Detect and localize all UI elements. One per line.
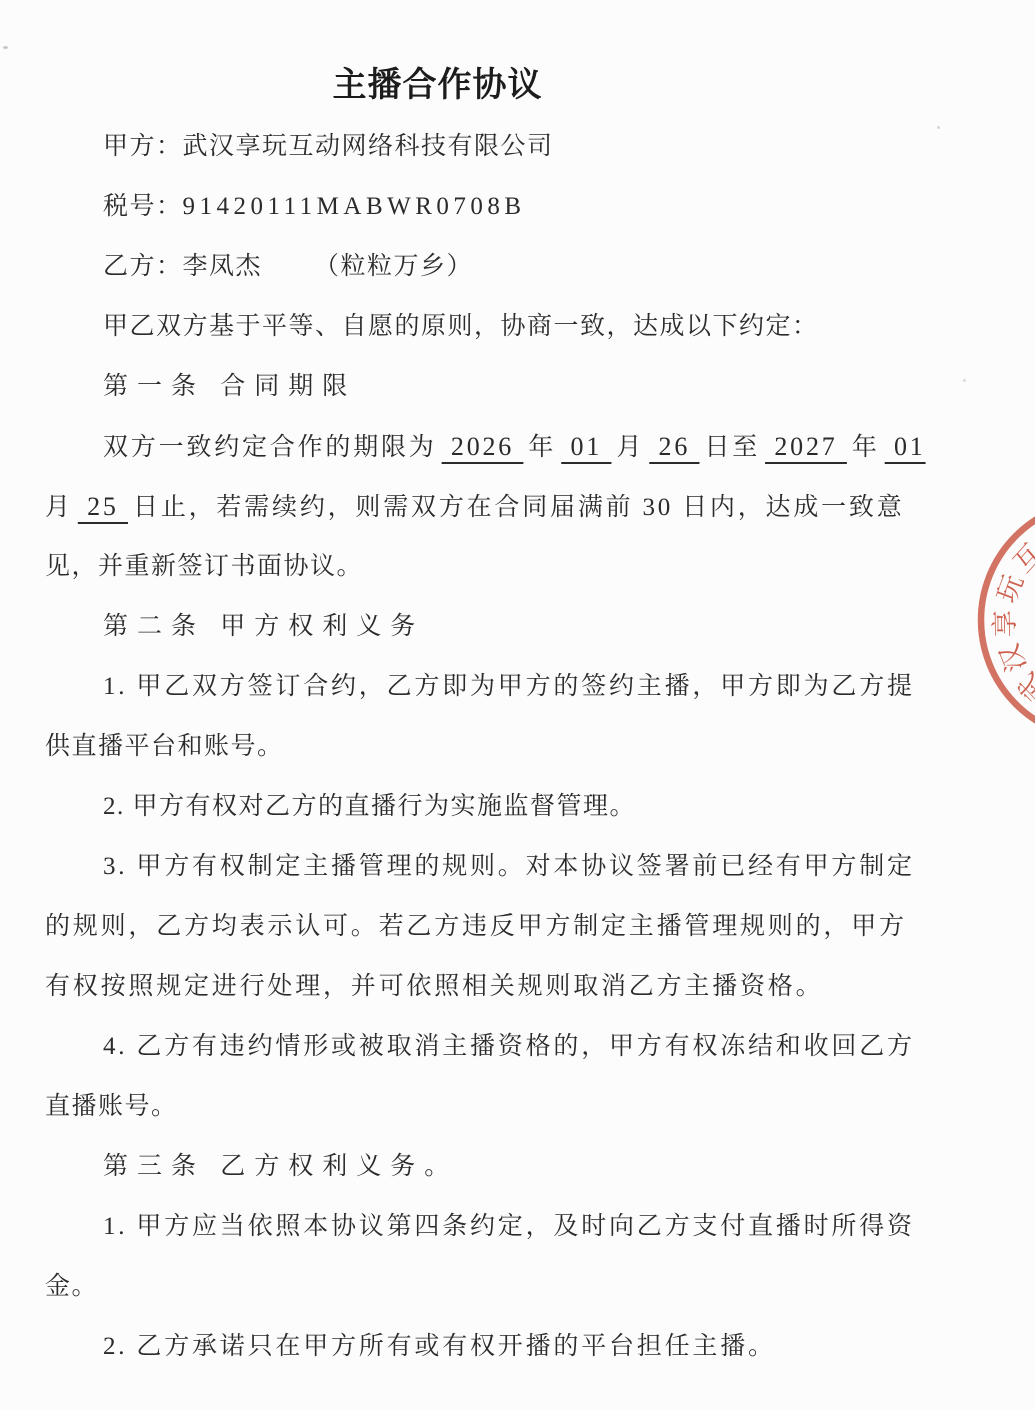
text-run: 乙方：李凤杰 — [103, 253, 262, 280]
text-run: 月 — [616, 434, 644, 461]
text-run: 年 — [852, 434, 880, 461]
filled-blank: 2027 — [760, 432, 852, 461]
text-run: 1. 甲方应当依照本协议第四条约定，及时向乙方支付直播时所得资 — [103, 1213, 915, 1240]
text-run: 日至 — [704, 434, 760, 461]
text-run: 第一条 合同期限 — [103, 373, 356, 400]
party-b-line: 乙方：李凤杰（粒粒万乡） — [45, 237, 1035, 297]
a2-item-1-line-2: 供直播平台和账号。 — [45, 717, 1035, 777]
scan-speck — [3, 46, 8, 49]
scanned-contract-page: 主播合作协议 甲方：武汉享玩互动网络科技有限公司税号：91420111MABWR… — [0, 0, 1035, 1410]
a3-item-1-line-1: 1. 甲方应当依照本协议第四条约定，及时向乙方支付直播时所得资 — [45, 1197, 1035, 1257]
text-run: 有权按照规定进行处理，并可依照相关规则取消乙方主播资格。 — [45, 973, 823, 1000]
text-run: 日止，若需续约，则需双方在合同届满前 30 日内，达成一致意 — [133, 494, 905, 521]
text-run: 金。 — [45, 1273, 98, 1300]
a3-item-1-line-2: 金。 — [45, 1257, 1035, 1317]
term-line-1: 双方一致约定合作的期限为 2026 年 01 月 26 日至 2027 年 01 — [45, 417, 1035, 477]
filled-blank: 25 — [73, 492, 133, 521]
text-run: 2. 甲方有权对乙方的直播行为实施监督管理。 — [103, 793, 636, 820]
text-run: 3. 甲方有权制定主播管理的规则。对本协议签署前已经有甲方制定 — [103, 853, 915, 880]
text-run: 双方一致约定合作的期限为 — [103, 434, 437, 461]
text-run: 的规则，乙方均表示认可。若乙方违反甲方制定主播管理规则的，甲方 — [45, 913, 907, 940]
text-run: 甲方：武汉享玩互动网络科技有限公司 — [103, 133, 554, 160]
contract-body: 甲方：武汉享玩互动网络科技有限公司税号：91420111MABWR0708B乙方… — [45, 117, 1035, 1377]
preamble-line: 甲乙双方基于平等、自愿的原则，协商一致，达成以下约定： — [45, 297, 1035, 357]
article-1-heading: 第一条 合同期限 — [45, 357, 1035, 417]
text-run: 税号： — [103, 193, 183, 220]
term-line-2: 月 25 日止，若需续约，则需双方在合同届满前 30 日内，达成一致意 — [45, 477, 1035, 537]
term-line-3: 见，并重新签订书面协议。 — [45, 537, 1035, 597]
text-run: 见，并重新签订书面协议。 — [45, 553, 363, 580]
a2-item-3-line-1: 3. 甲方有权制定主播管理的规则。对本协议签署前已经有甲方制定 — [45, 837, 1035, 897]
text-run: 供直播平台和账号。 — [45, 733, 284, 760]
article-2-heading: 第二条 甲方权利义务 — [45, 597, 1035, 657]
text-run: （粒粒万乡） — [314, 253, 473, 280]
text-run: 91420111MABWR0708B — [183, 193, 526, 220]
text-run: 甲乙双方基于平等、自愿的原则，协商一致，达成以下约定： — [103, 313, 819, 340]
text-run: 1. 甲乙双方签订合约，乙方即为甲方的签约主播，甲方即为乙方提 — [103, 673, 915, 700]
text-run: 直播账号。 — [45, 1093, 178, 1120]
filled-blank: 2026 — [437, 432, 529, 461]
text-run: 第二条 甲方权利义务 — [103, 613, 424, 640]
a3-item-2-line: 2. 乙方承诺只在甲方所有或有权开播的平台担任主播。 — [45, 1317, 1035, 1377]
filled-blank: 01 — [880, 432, 931, 461]
article-3-heading: 第三条 乙方权利义务。 — [45, 1137, 1035, 1197]
filled-blank: 26 — [644, 432, 704, 461]
text-run: 2. 乙方承诺只在甲方所有或有权开播的平台担任主播。 — [103, 1333, 776, 1360]
text-run: 4. 乙方有违约情形或被取消主播资格的，甲方有权冻结和收回乙方 — [103, 1033, 915, 1060]
a2-item-4-line-1: 4. 乙方有违约情形或被取消主播资格的，甲方有权冻结和收回乙方 — [45, 1017, 1035, 1077]
scan-speck — [937, 126, 940, 129]
a2-item-3-line-3: 有权按照规定进行处理，并可依照相关规则取消乙方主播资格。 — [45, 957, 1035, 1017]
filled-blank: 01 — [556, 432, 616, 461]
text-run: 年 — [528, 434, 556, 461]
party-a-line: 甲方：武汉享玩互动网络科技有限公司 — [45, 117, 1035, 177]
scan-speck — [963, 379, 966, 382]
tax-id-line: 税号：91420111MABWR0708B — [45, 177, 1035, 237]
document-title: 主播合作协议 — [0, 57, 875, 106]
text-run: 月 — [45, 494, 73, 521]
text-run: 第三条 乙方权利义务。 — [103, 1153, 458, 1180]
a2-item-3-line-2: 的规则，乙方均表示认可。若乙方违反甲方制定主播管理规则的，甲方 — [45, 897, 1035, 957]
a2-item-4-line-2: 直播账号。 — [45, 1077, 1035, 1137]
a2-item-1-line-1: 1. 甲乙双方签订合约，乙方即为甲方的签约主播，甲方即为乙方提 — [45, 657, 1035, 717]
a2-item-2-line: 2. 甲方有权对乙方的直播行为实施监督管理。 — [45, 777, 1035, 837]
